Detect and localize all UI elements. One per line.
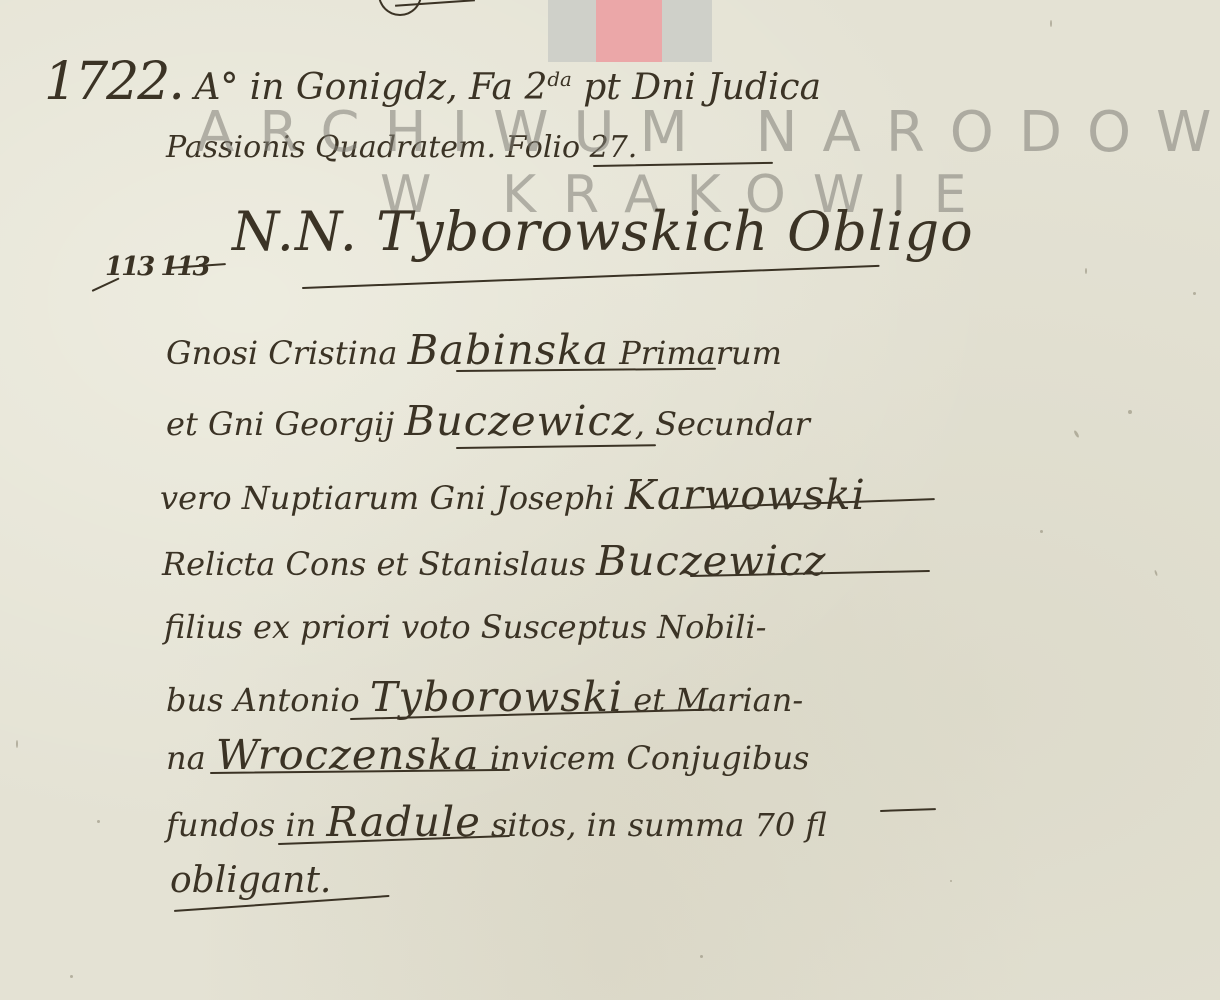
line-text: vero Nuptiarum Gni Josephi <box>160 479 625 517</box>
folio-ref: Folio 27. <box>506 130 638 165</box>
header-passion: Passionis Quadratem. <box>166 130 496 165</box>
paper-speck <box>70 975 73 978</box>
body-line-4: Relicta Cons et Stanislaus Buczewicz <box>162 536 826 585</box>
header-day: a 2 <box>492 67 548 108</box>
body-line-9: obligant. <box>170 860 331 901</box>
header-day-sup: da <box>547 68 571 91</box>
header-line-1: 1722. A° in Gonigdz, Fa 2da pt Dni Judic… <box>44 52 821 112</box>
paper-speck <box>97 820 100 823</box>
header-location: A° in Gonigdz, F <box>194 67 491 108</box>
title-underline <box>302 265 880 289</box>
entry-title: N.N. Tyborowskich Obligo <box>232 200 974 263</box>
person-name: Babinska <box>408 325 609 374</box>
line-text: filius ex priori voto Susceptus Nobili- <box>164 608 766 646</box>
line-text: invicem Conjugibus <box>480 739 810 777</box>
paper-speck <box>1154 570 1158 576</box>
person-name: Buczewicz <box>404 396 634 445</box>
person-name: Buczewicz <box>596 536 826 585</box>
paper-speck <box>700 955 703 958</box>
header-line-2: Passionis Quadratem. Folio 27. <box>166 130 637 165</box>
line-text: , Secundar <box>635 405 810 443</box>
paper-speck <box>1050 20 1052 27</box>
florin-stroke <box>880 808 936 812</box>
archival-document-page: 1722. A° in Gonigdz, Fa 2da pt Dni Judic… <box>0 0 1220 1000</box>
line-text: sitos, in summa 70 fl <box>481 806 827 844</box>
entry-year: 1722. <box>44 52 183 112</box>
paper-speck <box>1128 410 1132 414</box>
line-text: fundos in <box>166 806 326 844</box>
line-text: et Marian- <box>623 681 803 719</box>
body-line-3: vero Nuptiarum Gni Josephi Karwowski <box>160 470 866 519</box>
paper-speck <box>16 740 18 748</box>
paper-speck <box>950 880 952 882</box>
person-name: Karwowski <box>625 470 866 519</box>
body-line-8: fundos in Radule sitos, in summa 70 fl <box>166 797 827 846</box>
line-text: Gnosi Cristina <box>166 334 408 372</box>
line-text: Primarum <box>609 334 782 372</box>
body-line-5: filius ex priori voto Susceptus Nobili- <box>164 608 766 646</box>
paper-speck <box>1073 430 1080 438</box>
line-text: Relicta Cons et Stanislaus <box>162 545 596 583</box>
line-text: et Gni Georgij <box>166 405 404 443</box>
paper-speck <box>1040 530 1043 533</box>
body-line-1: Gnosi Cristina Babinska Primarum <box>166 325 782 374</box>
closing-word: obligant. <box>170 860 331 901</box>
paper-speck <box>1193 292 1196 295</box>
line-text: na <box>166 739 216 777</box>
header-feast: pt Dni Judica <box>583 67 821 108</box>
paper-speck <box>1085 268 1087 274</box>
body-line-2: et Gni Georgij Buczewicz, Secundar <box>166 396 810 445</box>
line-text: bus Antonio <box>166 681 370 719</box>
